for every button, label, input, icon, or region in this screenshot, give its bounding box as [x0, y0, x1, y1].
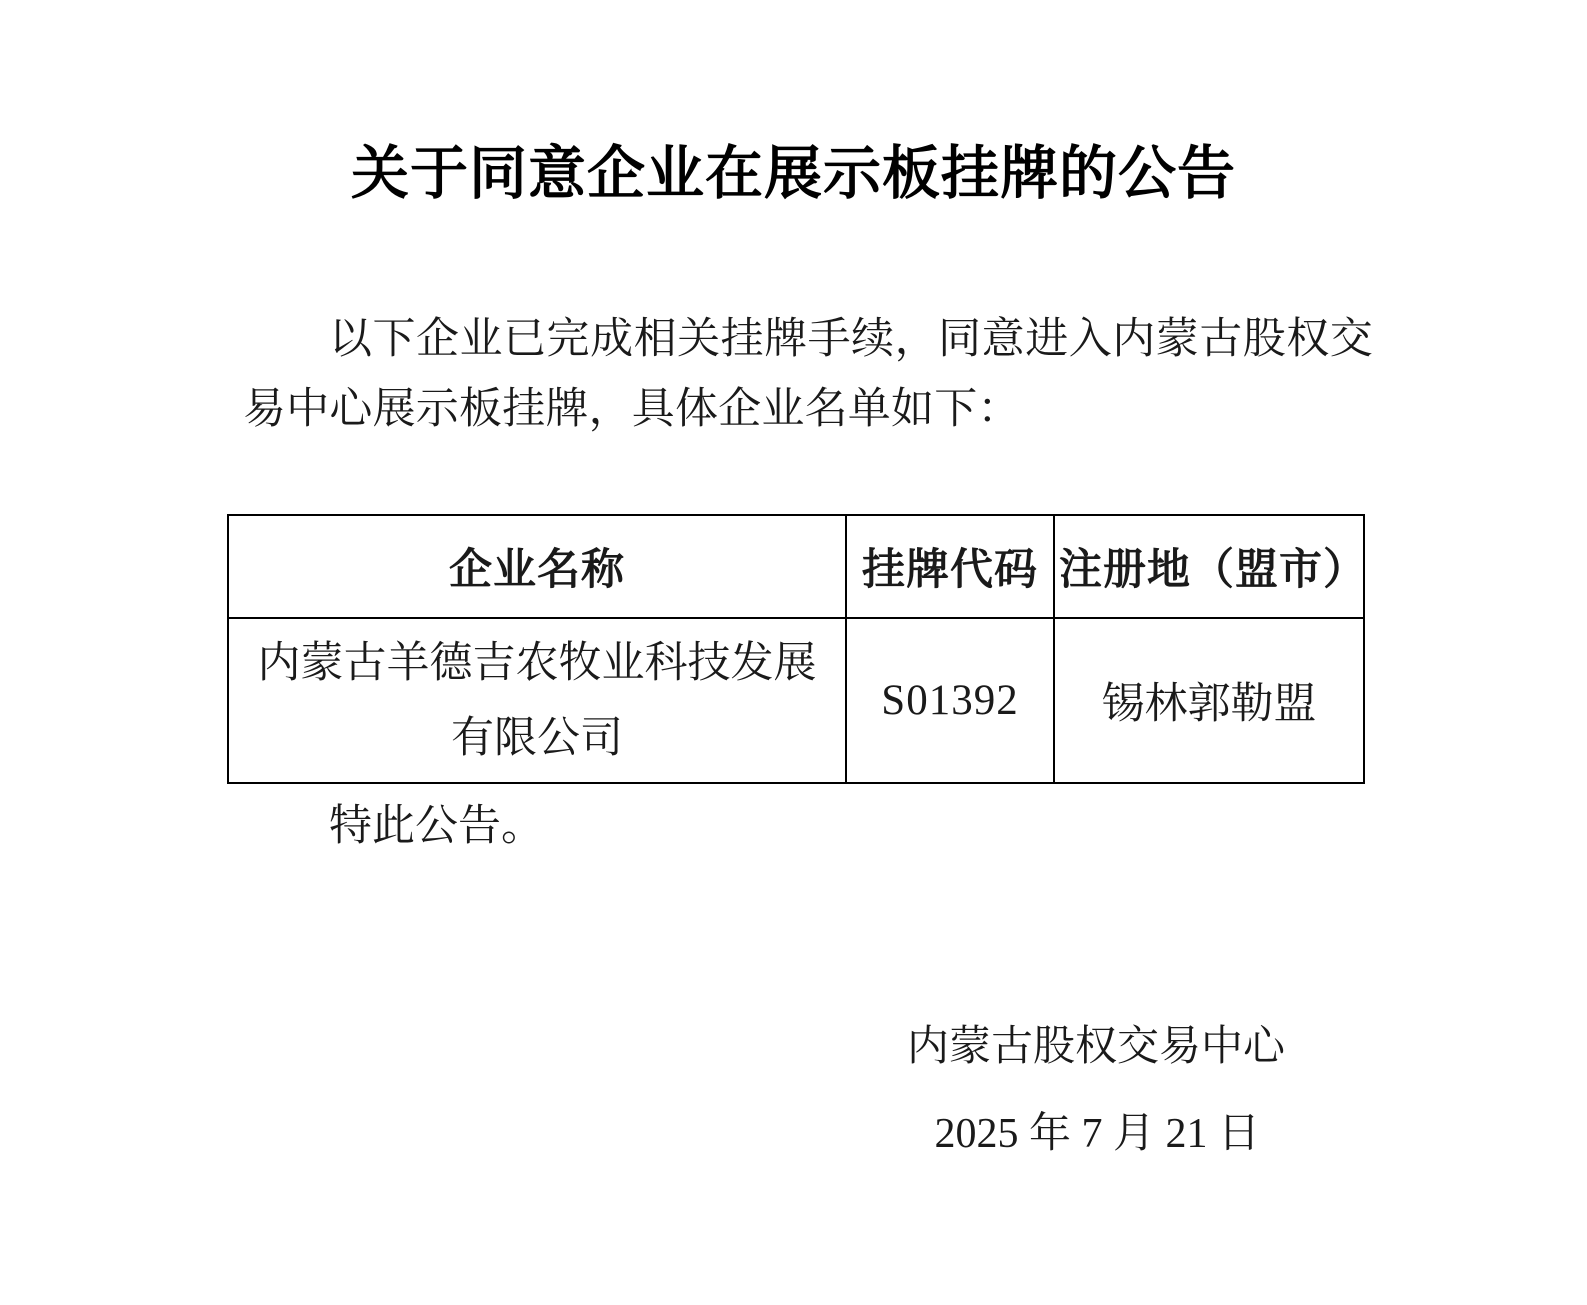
header-registration-place: 注册地（盟市）	[1054, 515, 1364, 618]
header-company-name: 企业名称	[228, 515, 846, 618]
table-header-row: 企业名称 挂牌代码 注册地（盟市）	[228, 515, 1364, 618]
document-title: 关于同意企业在展示板挂牌的公告	[0, 0, 1587, 210]
cell-company-name: 内蒙古羊德吉农牧业科技发展有限公司	[228, 618, 846, 783]
issue-date: 2025 年 7 月 21 日	[243, 1099, 1373, 1169]
announcement-document: 关于同意企业在展示板挂牌的公告 以下企业已完成相关挂牌手续，同意进入内蒙古股权交…	[0, 0, 1587, 1305]
header-listing-code: 挂牌代码	[846, 515, 1054, 618]
closing-statement: 特此公告。	[243, 792, 1373, 862]
intro-paragraph: 以下企业已完成相关挂牌手续，同意进入内蒙古股权交易中心展示板挂牌，具体企业名单如…	[243, 305, 1373, 445]
cell-listing-code: S01392	[846, 618, 1054, 783]
listing-table: 企业名称 挂牌代码 注册地（盟市） 内蒙古羊德吉农牧业科技发展有限公司 S013…	[227, 514, 1365, 784]
issuer-signature: 内蒙古股权交易中心	[243, 1012, 1373, 1082]
cell-registration-place: 锡林郭勒盟	[1054, 618, 1364, 783]
table-row: 内蒙古羊德吉农牧业科技发展有限公司 S01392 锡林郭勒盟	[228, 618, 1364, 783]
document-body: 以下企业已完成相关挂牌手续，同意进入内蒙古股权交易中心展示板挂牌，具体企业名单如…	[243, 305, 1373, 1169]
